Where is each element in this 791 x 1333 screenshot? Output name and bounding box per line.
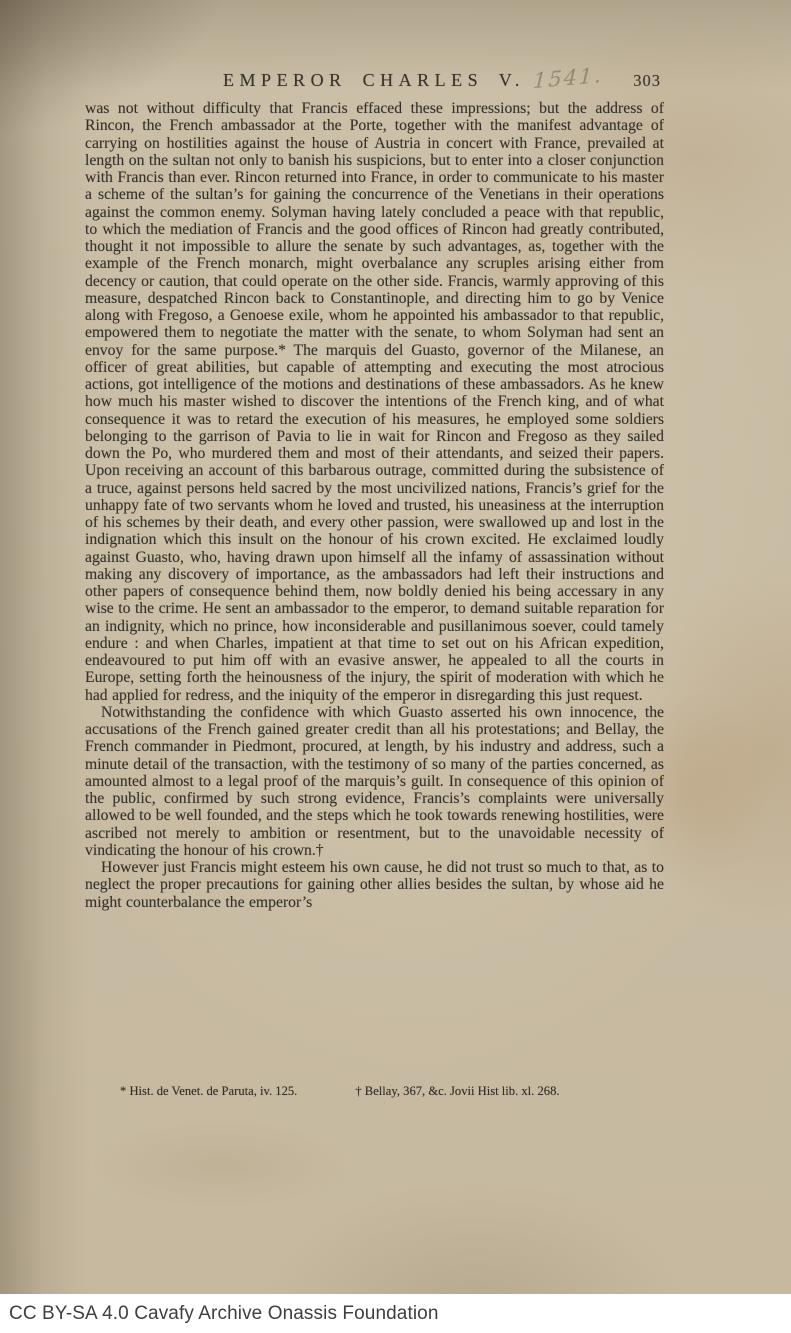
license-text: CC BY-SA 4.0 Cavafy Archive Onassis Foun… — [0, 1303, 439, 1325]
page-header: EMPEROR CHARLES V. 1541. 303 — [85, 68, 663, 94]
paragraph-2: Notwithstanding the confidence with whic… — [85, 704, 664, 859]
page-number: 303 — [633, 71, 661, 91]
paragraph-3: However just Francis might esteem his ow… — [85, 859, 664, 911]
paper-stain — [90, 1120, 350, 1210]
body-text: was not without difficulty that Francis … — [85, 100, 664, 911]
paragraph-1: was not without difficulty that Francis … — [85, 100, 664, 704]
footnotes: * Hist. de Venet. de Paruta, iv. 125. † … — [120, 1084, 665, 1099]
running-title: EMPEROR CHARLES V. — [223, 70, 525, 91]
handwritten-year-note: 1541. — [532, 63, 603, 93]
book-page-scan: EMPEROR CHARLES V. 1541. 303 was not wit… — [0, 0, 791, 1294]
footnote-dagger: † Bellay, 367, &c. Jovii Hist lib. xl. 2… — [355, 1084, 559, 1099]
license-bar: CC BY-SA 4.0 Cavafy Archive Onassis Foun… — [0, 1294, 791, 1333]
footnote-asterisk: * Hist. de Venet. de Paruta, iv. 125. — [120, 1084, 297, 1099]
